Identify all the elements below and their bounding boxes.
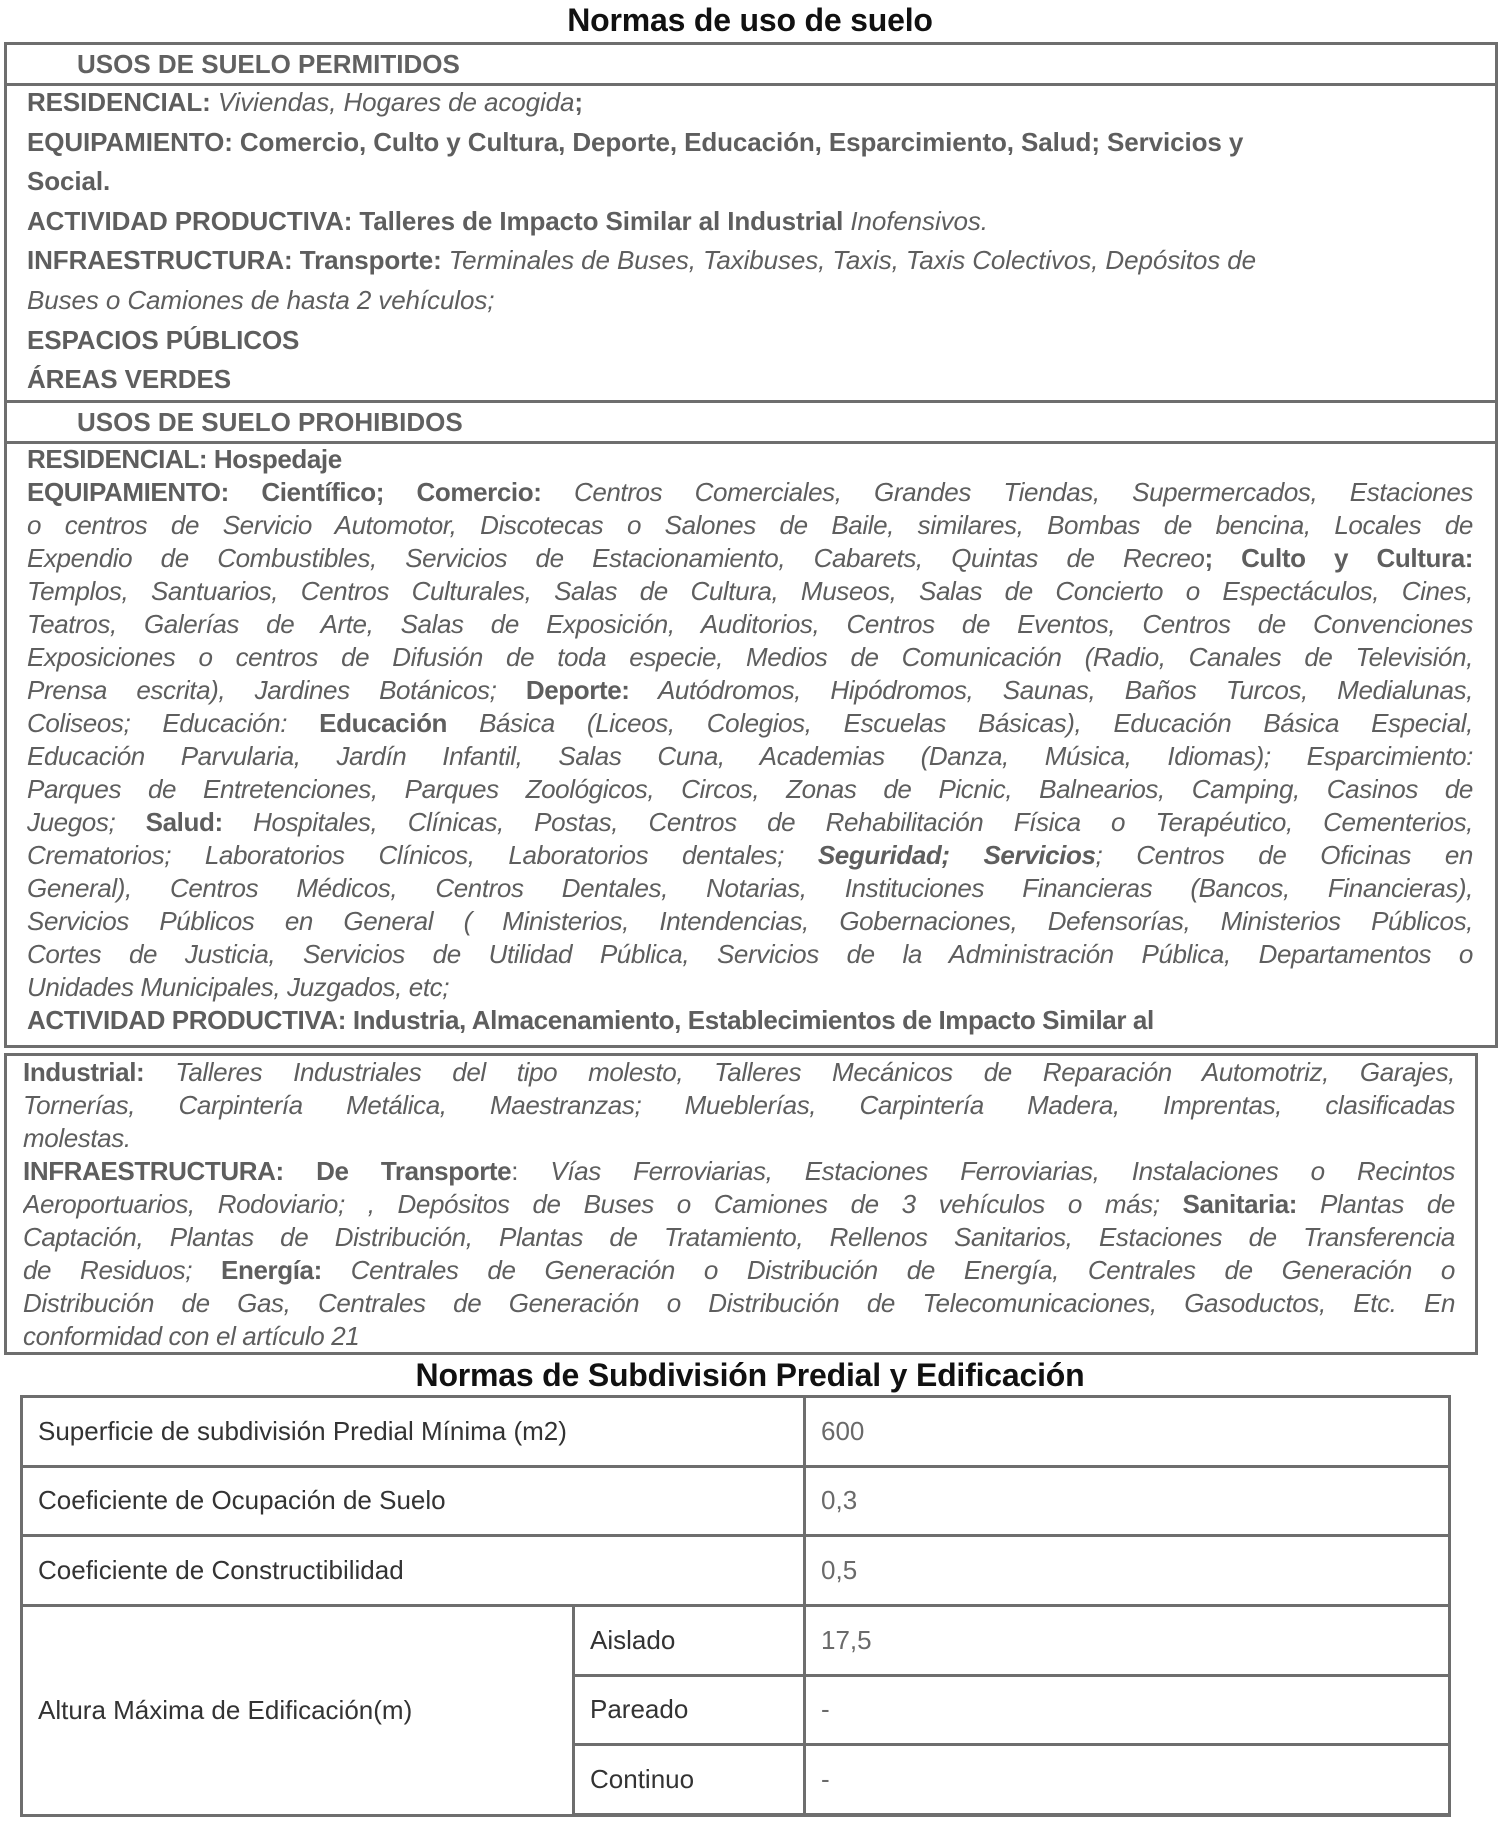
text-line: molestas. — [23, 1122, 1455, 1155]
text-segment: Hospitales, Clínicas, Postas, Centros de… — [223, 807, 1473, 837]
text-segment: Educación Parvularia, Jardín Infantil, S… — [27, 741, 1473, 771]
text-line: ACTIVIDAD PRODUCTIVA: Talleres de Impact… — [27, 202, 1473, 242]
text-line: RESIDENCIAL: Viviendas, Hogares de acogi… — [27, 83, 1473, 123]
text-segment: Coliseos; Educación: — [27, 708, 319, 738]
permitted-uses-header: USOS DE SUELO PERMITIDOS — [7, 45, 1495, 86]
text-segment: General), Centros Médicos, Centros Denta… — [27, 873, 1473, 903]
height-type: Pareado — [574, 1675, 805, 1745]
text-line: Teatros, Galerías de Arte, Salas de Expo… — [27, 608, 1473, 641]
text-segment: EQUIPAMIENTO: Científico; Comercio: — [27, 477, 574, 507]
text-segment: Aeroportuarios, Rodoviario; , Depósitos … — [23, 1189, 1183, 1219]
land-use-title: Normas de uso de suelo — [0, 0, 1500, 40]
row-value: 0,3 — [805, 1466, 1450, 1536]
text-segment: Captación, Plantas de Distribución, Plan… — [23, 1222, 1455, 1252]
text-line: Cortes de Justicia, Servicios de Utilida… — [27, 938, 1473, 971]
text-segment: Terminales de Buses, Taxibuses, Taxis, T… — [449, 245, 1256, 275]
table-row: Coeficiente de Constructibilidad 0,5 — [22, 1536, 1450, 1606]
subdivision-table: Superficie de subdivisión Predial Mínima… — [20, 1395, 1451, 1817]
text-segment: Vías Ferroviarias, Estaciones Ferroviari… — [550, 1156, 1455, 1186]
text-segment: ACTIVIDAD PRODUCTIVA: Talleres de Impact… — [27, 206, 850, 236]
text-segment: ACTIVIDAD PRODUCTIVA: Industria, Almacen… — [27, 1005, 1154, 1035]
prohibited-uses-continued-box: Industrial: Talleres Industriales del ti… — [4, 1053, 1478, 1355]
text-segment: Exposiciones o centros de Difusión de to… — [27, 642, 1473, 672]
text-segment: Cortes de Justicia, Servicios de Utilida… — [27, 939, 1473, 969]
text-line: INFRAESTRUCTURA: Transporte: Terminales … — [27, 241, 1473, 281]
row-value: 600 — [805, 1397, 1450, 1467]
text-segment: Viviendas, Hogares de acogida — [218, 87, 575, 117]
text-segment: Tornerías, Carpintería Metálica, Maestra… — [23, 1090, 1455, 1120]
text-segment: Talleres Industriales del tipo molesto, … — [144, 1057, 1455, 1087]
text-segment: ; Centros de Oficinas en — [1096, 840, 1473, 870]
text-segment: EQUIPAMIENTO: Comercio, Culto y Cultura,… — [27, 127, 1243, 157]
height-type: Continuo — [574, 1745, 805, 1815]
row-label: Coeficiente de Constructibilidad — [22, 1536, 805, 1606]
text-segment: Expendio de Combustibles, Servicios de E… — [27, 543, 1204, 573]
row-value: 0,5 — [805, 1536, 1450, 1606]
text-line: INFRAESTRUCTURA: De Transporte: Vías Fer… — [23, 1155, 1455, 1188]
text-line: o centros de Servicio Automotor, Discote… — [27, 509, 1473, 542]
text-line: Industrial: Talleres Industriales del ti… — [23, 1056, 1455, 1089]
text-line: Juegos; Salud: Hospitales, Clínicas, Pos… — [27, 806, 1473, 839]
text-line: Expendio de Combustibles, Servicios de E… — [27, 542, 1473, 575]
text-line: Prensa escrita), Jardines Botánicos; Dep… — [27, 674, 1473, 707]
height-type: Aislado — [574, 1605, 805, 1675]
text-segment: Servicios Públicos en General ( Minister… — [27, 906, 1473, 936]
text-segment: INFRAESTRUCTURA: Transporte: — [27, 245, 449, 275]
text-line: EQUIPAMIENTO: Comercio, Culto y Cultura,… — [27, 123, 1473, 163]
height-label: Altura Máxima de Edificación(m) — [22, 1605, 574, 1815]
text-segment: Centros Comerciales, Grandes Tiendas, Su… — [574, 477, 1473, 507]
text-line: Social. — [27, 162, 1473, 202]
text-segment: Autódromos, Hipódromos, Saunas, Baños Tu… — [630, 675, 1473, 705]
text-segment: Unidades Municipales, Juzgados, etc; — [27, 972, 449, 1002]
text-segment: : — [511, 1156, 550, 1186]
text-segment: Deporte: — [526, 675, 630, 705]
height-value: - — [805, 1675, 1450, 1745]
text-line: Crematorios; Laboratorios Clínicos, Labo… — [27, 839, 1473, 872]
text-line: conformidad con el artículo 21 — [23, 1320, 1455, 1353]
text-line: Servicios Públicos en General ( Minister… — [27, 905, 1473, 938]
text-segment: Seguridad; Servicios — [818, 840, 1096, 870]
land-use-box: USOS DE SUELO PERMITIDOS RESIDENCIAL: Vi… — [4, 42, 1498, 1048]
text-line: Templos, Santuarios, Centros Culturales,… — [27, 575, 1473, 608]
text-segment: Inofensivos. — [850, 206, 988, 236]
text-segment: Distribución de Gas, Centrales de Genera… — [23, 1288, 1455, 1318]
text-line: General), Centros Médicos, Centros Denta… — [27, 872, 1473, 905]
text-segment: de Residuos; — [23, 1255, 221, 1285]
text-segment: Prensa escrita), Jardines Botánicos; — [27, 675, 526, 705]
text-line: ESPACIOS PÚBLICOS — [27, 321, 1473, 361]
text-segment: Industrial: — [23, 1057, 144, 1087]
height-value: - — [805, 1745, 1450, 1815]
text-segment: conformidad con el artículo 21 — [23, 1321, 359, 1351]
text-line: EQUIPAMIENTO: Científico; Comercio: Cent… — [27, 476, 1473, 509]
text-line: ÁREAS VERDES — [27, 360, 1473, 400]
row-label: Superficie de subdivisión Predial Mínima… — [22, 1397, 805, 1467]
row-label: Coeficiente de Ocupación de Suelo — [22, 1466, 805, 1536]
text-segment: INFRAESTRUCTURA: De Transporte — [23, 1156, 511, 1186]
text-segment: Buses o Camiones de hasta 2 vehículos; — [27, 285, 494, 315]
text-line: ACTIVIDAD PRODUCTIVA: Industria, Almacen… — [27, 1004, 1473, 1037]
text-segment: Juegos; — [27, 807, 146, 837]
height-value: 17,5 — [805, 1605, 1450, 1675]
text-segment: Social. — [27, 166, 110, 196]
text-segment: Centrales de Generación o Distribución d… — [322, 1255, 1455, 1285]
text-line: Unidades Municipales, Juzgados, etc; — [27, 971, 1473, 1004]
text-segment: Crematorios; Laboratorios Clínicos, Labo… — [27, 840, 818, 870]
text-line: Tornerías, Carpintería Metálica, Maestra… — [23, 1089, 1455, 1122]
text-segment: ÁREAS VERDES — [27, 364, 231, 394]
table-row: Altura Máxima de Edificación(m) Aislado … — [22, 1605, 1450, 1675]
text-segment: Teatros, Galerías de Arte, Salas de Expo… — [27, 609, 1473, 639]
text-line: Exposiciones o centros de Difusión de to… — [27, 641, 1473, 674]
prohibited-uses-header: USOS DE SUELO PROHIBIDOS — [7, 400, 1495, 444]
text-segment: ; — [574, 87, 583, 117]
text-line: Buses o Camiones de hasta 2 vehículos; — [27, 281, 1473, 321]
text-segment: Plantas de — [1297, 1189, 1455, 1219]
text-segment: Energía: — [221, 1255, 322, 1285]
text-segment: ; Culto y Cultura: — [1204, 543, 1473, 573]
text-segment: Salud: — [146, 807, 223, 837]
text-segment: Templos, Santuarios, Centros Culturales,… — [27, 576, 1473, 606]
text-segment: Básica (Liceos, Colegios, Escuelas Básic… — [447, 708, 1473, 738]
subdivision-title: Normas de Subdivisión Predial y Edificac… — [0, 1355, 1500, 1395]
text-segment: RESIDENCIAL: Hospedaje — [27, 444, 342, 474]
prohibited-uses-list: RESIDENCIAL: HospedajeEQUIPAMIENTO: Cien… — [27, 443, 1473, 1037]
text-line: RESIDENCIAL: Hospedaje — [27, 443, 1473, 476]
text-segment: Educación — [319, 708, 447, 738]
table-row: Coeficiente de Ocupación de Suelo 0,3 — [22, 1466, 1450, 1536]
text-line: Aeroportuarios, Rodoviario; , Depósitos … — [23, 1188, 1455, 1221]
text-segment: RESIDENCIAL: — [27, 87, 218, 117]
text-line: Coliseos; Educación: Educación Básica (L… — [27, 707, 1473, 740]
text-segment: Parques de Entretenciones, Parques Zooló… — [27, 774, 1473, 804]
table-row: Superficie de subdivisión Predial Mínima… — [22, 1397, 1450, 1467]
text-line: de Residuos; Energía: Centrales de Gener… — [23, 1254, 1455, 1287]
text-segment: molestas. — [23, 1123, 131, 1153]
text-line: Educación Parvularia, Jardín Infantil, S… — [27, 740, 1473, 773]
text-segment: Sanitaria: — [1183, 1189, 1298, 1219]
text-segment: o centros de Servicio Automotor, Discote… — [27, 510, 1473, 540]
text-line: Parques de Entretenciones, Parques Zooló… — [27, 773, 1473, 806]
prohibited-uses-continued-list: Industrial: Talleres Industriales del ti… — [23, 1056, 1455, 1353]
text-segment: ESPACIOS PÚBLICOS — [27, 325, 299, 355]
permitted-uses-list: RESIDENCIAL: Viviendas, Hogares de acogi… — [27, 83, 1473, 400]
text-line: Captación, Plantas de Distribución, Plan… — [23, 1221, 1455, 1254]
text-line: Distribución de Gas, Centrales de Genera… — [23, 1287, 1455, 1320]
